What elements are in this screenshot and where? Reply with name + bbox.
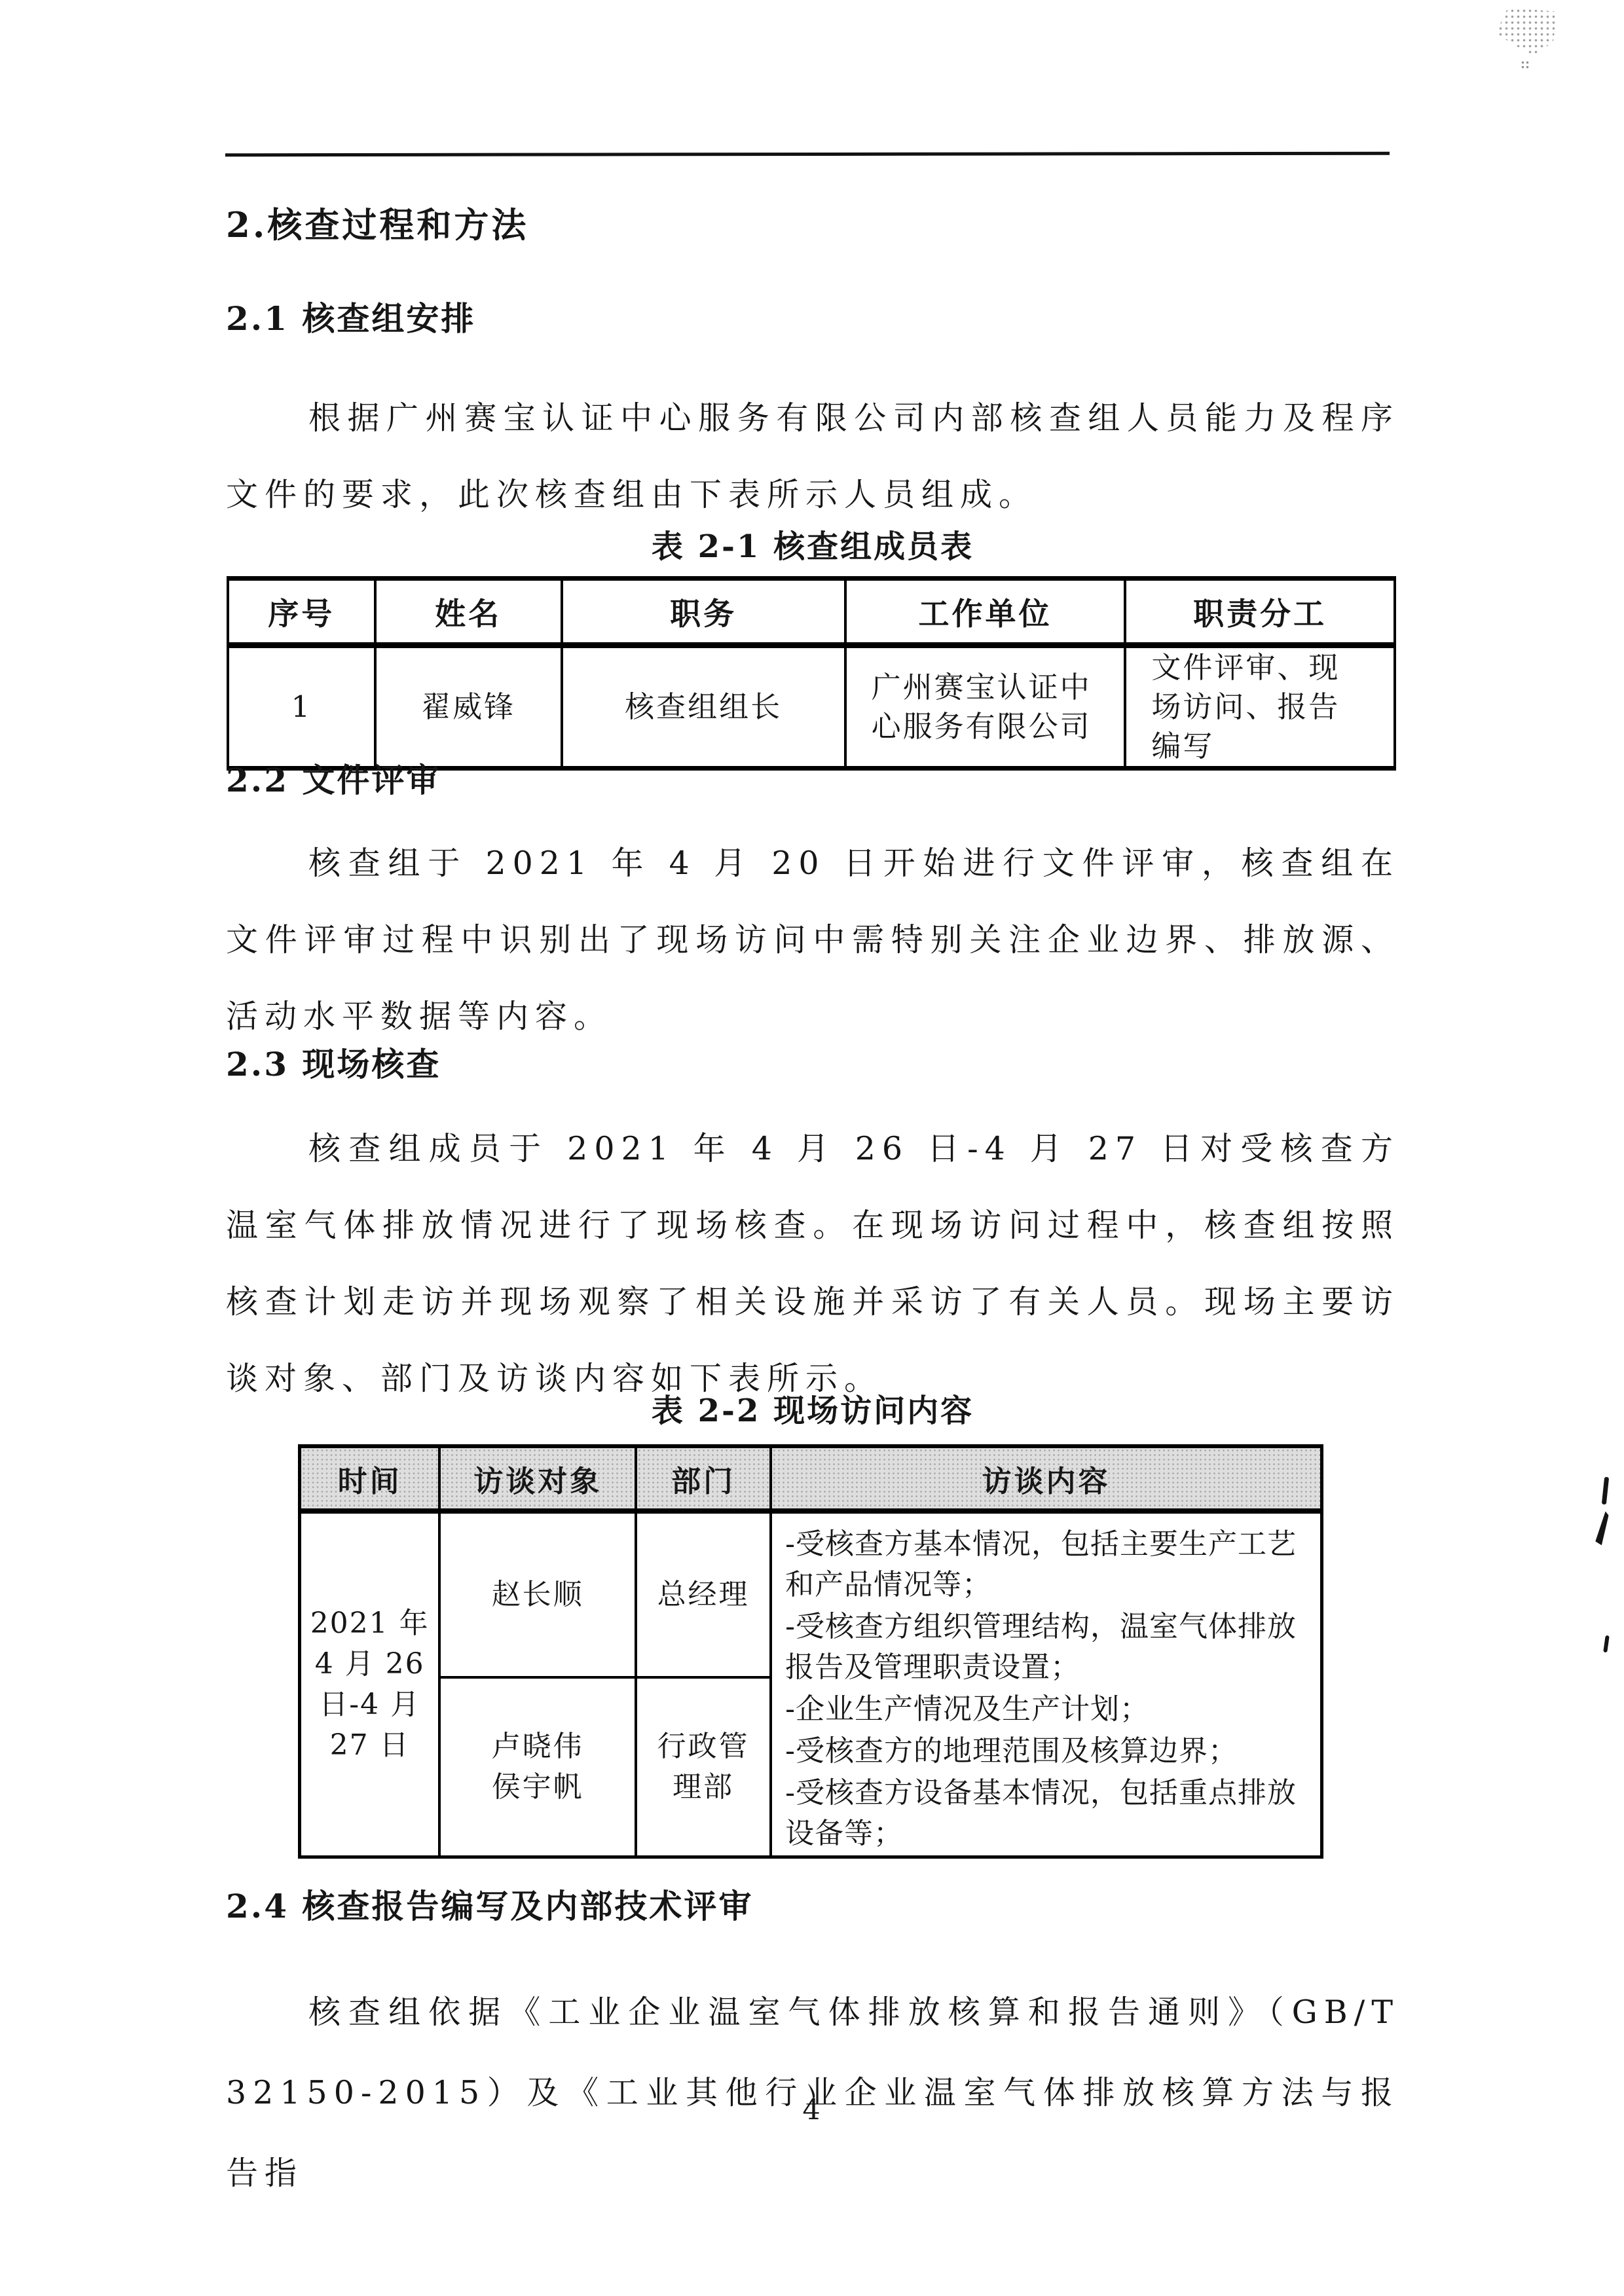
document-page: 2.核查过程和方法 2.1 核查组安排 根据广州赛宝认证中心服务有限公司内部核查… bbox=[0, 0, 1624, 2296]
interviewee: 卢晓伟 侯宇帆 bbox=[439, 1677, 636, 1857]
member-no: 1 bbox=[228, 646, 375, 769]
table-2-2-header-row: 时间 访谈对象 部门 访谈内容 bbox=[300, 1446, 1322, 1511]
interview-content-item: -受核查方的地理范围及核算边界； bbox=[785, 1731, 1308, 1772]
section-2-3-paragraph: 核查组成员于 2021 年 4 月 26 日-4 月 27 日对受核查方温室气体… bbox=[226, 1110, 1399, 1417]
table-2-1-header-duty: 职责分工 bbox=[1125, 579, 1395, 646]
table-row: 2021 年 4 月 26 日-4 月 27 日 赵长顺 总经理 -受核查方基本… bbox=[300, 1511, 1322, 1677]
scan-edge-mark bbox=[1595, 1510, 1610, 1545]
page-number: 4 bbox=[0, 2094, 1624, 2126]
interview-time: 2021 年 4 月 26 日-4 月 27 日 bbox=[300, 1511, 440, 1857]
section-2-1-title: 2.1 核查组安排 bbox=[226, 293, 1399, 340]
table-2-2-header-time: 时间 bbox=[300, 1446, 440, 1511]
member-duty: 文件评审、现场访问、报告编写 bbox=[1125, 646, 1395, 769]
scan-edge-mark bbox=[1603, 1635, 1610, 1653]
member-role: 核查组组长 bbox=[562, 646, 845, 769]
header-rule bbox=[225, 152, 1390, 156]
table-2-1-members: 序号 姓名 职务 工作单位 职责分工 1 翟威锋 核查组组长 广州赛宝认证中心服… bbox=[227, 576, 1396, 771]
scan-noise-blob bbox=[1498, 8, 1558, 56]
interview-content-item: -受核查方组织管理结构，温室气体排放报告及管理职责设置； bbox=[785, 1607, 1308, 1688]
table-2-2-header-interviewee: 访谈对象 bbox=[439, 1446, 636, 1511]
table-row: 1 翟威锋 核查组组长 广州赛宝认证中心服务有限公司 文件评审、现场访问、报告编… bbox=[228, 646, 1395, 769]
interview-department: 行政管理部 bbox=[636, 1677, 771, 1857]
table-2-1-header-name: 姓名 bbox=[375, 579, 562, 646]
member-name: 翟威锋 bbox=[375, 646, 562, 769]
interview-content-item: -企业生产情况及生产计划； bbox=[785, 1689, 1308, 1730]
member-org: 广州赛宝认证中心服务有限公司 bbox=[845, 646, 1126, 769]
table-2-2-interviews: 时间 访谈对象 部门 访谈内容 2021 年 4 月 26 日-4 月 27 日… bbox=[298, 1444, 1323, 1859]
section-2-2-paragraph: 核查组于 2021 年 4 月 20 日开始进行文件评审，核查组在文件评审过程中… bbox=[226, 825, 1399, 1055]
table-2-2-header-content: 访谈内容 bbox=[771, 1446, 1321, 1511]
section-2-4-paragraph: 核查组依据《工业企业温室气体排放核算和报告通则》（GB/T 32150-2015… bbox=[226, 1972, 1399, 2214]
table-2-2-header-department: 部门 bbox=[636, 1446, 771, 1511]
section-2-title: 2.核查过程和方法 bbox=[226, 198, 1399, 247]
scan-noise-dot bbox=[1521, 60, 1531, 69]
section-2-1-paragraph: 根据广州赛宝认证中心服务有限公司内部核查组人员能力及程序文件的要求，此次核查组由… bbox=[226, 380, 1399, 533]
table-2-1-header-row: 序号 姓名 职务 工作单位 职责分工 bbox=[228, 579, 1395, 646]
table-2-1-caption: 表 2-1 核查组成员表 bbox=[226, 521, 1399, 566]
section-2-4-title: 2.4 核查报告编写及内部技术评审 bbox=[226, 1880, 1399, 1927]
interview-content: -受核查方基本情况，包括主要生产工艺和产品情况等； -受核查方组织管理结构，温室… bbox=[771, 1511, 1321, 1857]
interview-content-item: -受核查方设备基本情况，包括重点排放设备等； bbox=[785, 1773, 1308, 1854]
table-2-1-header-org: 工作单位 bbox=[845, 579, 1126, 646]
interview-department: 总经理 bbox=[636, 1511, 771, 1677]
table-2-1-header-role: 职务 bbox=[562, 579, 845, 646]
interviewee: 赵长顺 bbox=[439, 1511, 636, 1677]
scan-edge-mark bbox=[1602, 1477, 1609, 1505]
table-2-2-caption: 表 2-2 现场访问内容 bbox=[226, 1385, 1399, 1430]
interview-content-item: -受核查方基本情况，包括主要生产工艺和产品情况等； bbox=[785, 1524, 1308, 1605]
table-2-1-header-no: 序号 bbox=[228, 579, 375, 646]
section-2-3-title: 2.3 现场核查 bbox=[226, 1038, 1399, 1085]
section-2-2-title: 2.2 文件评审 bbox=[226, 754, 1399, 801]
